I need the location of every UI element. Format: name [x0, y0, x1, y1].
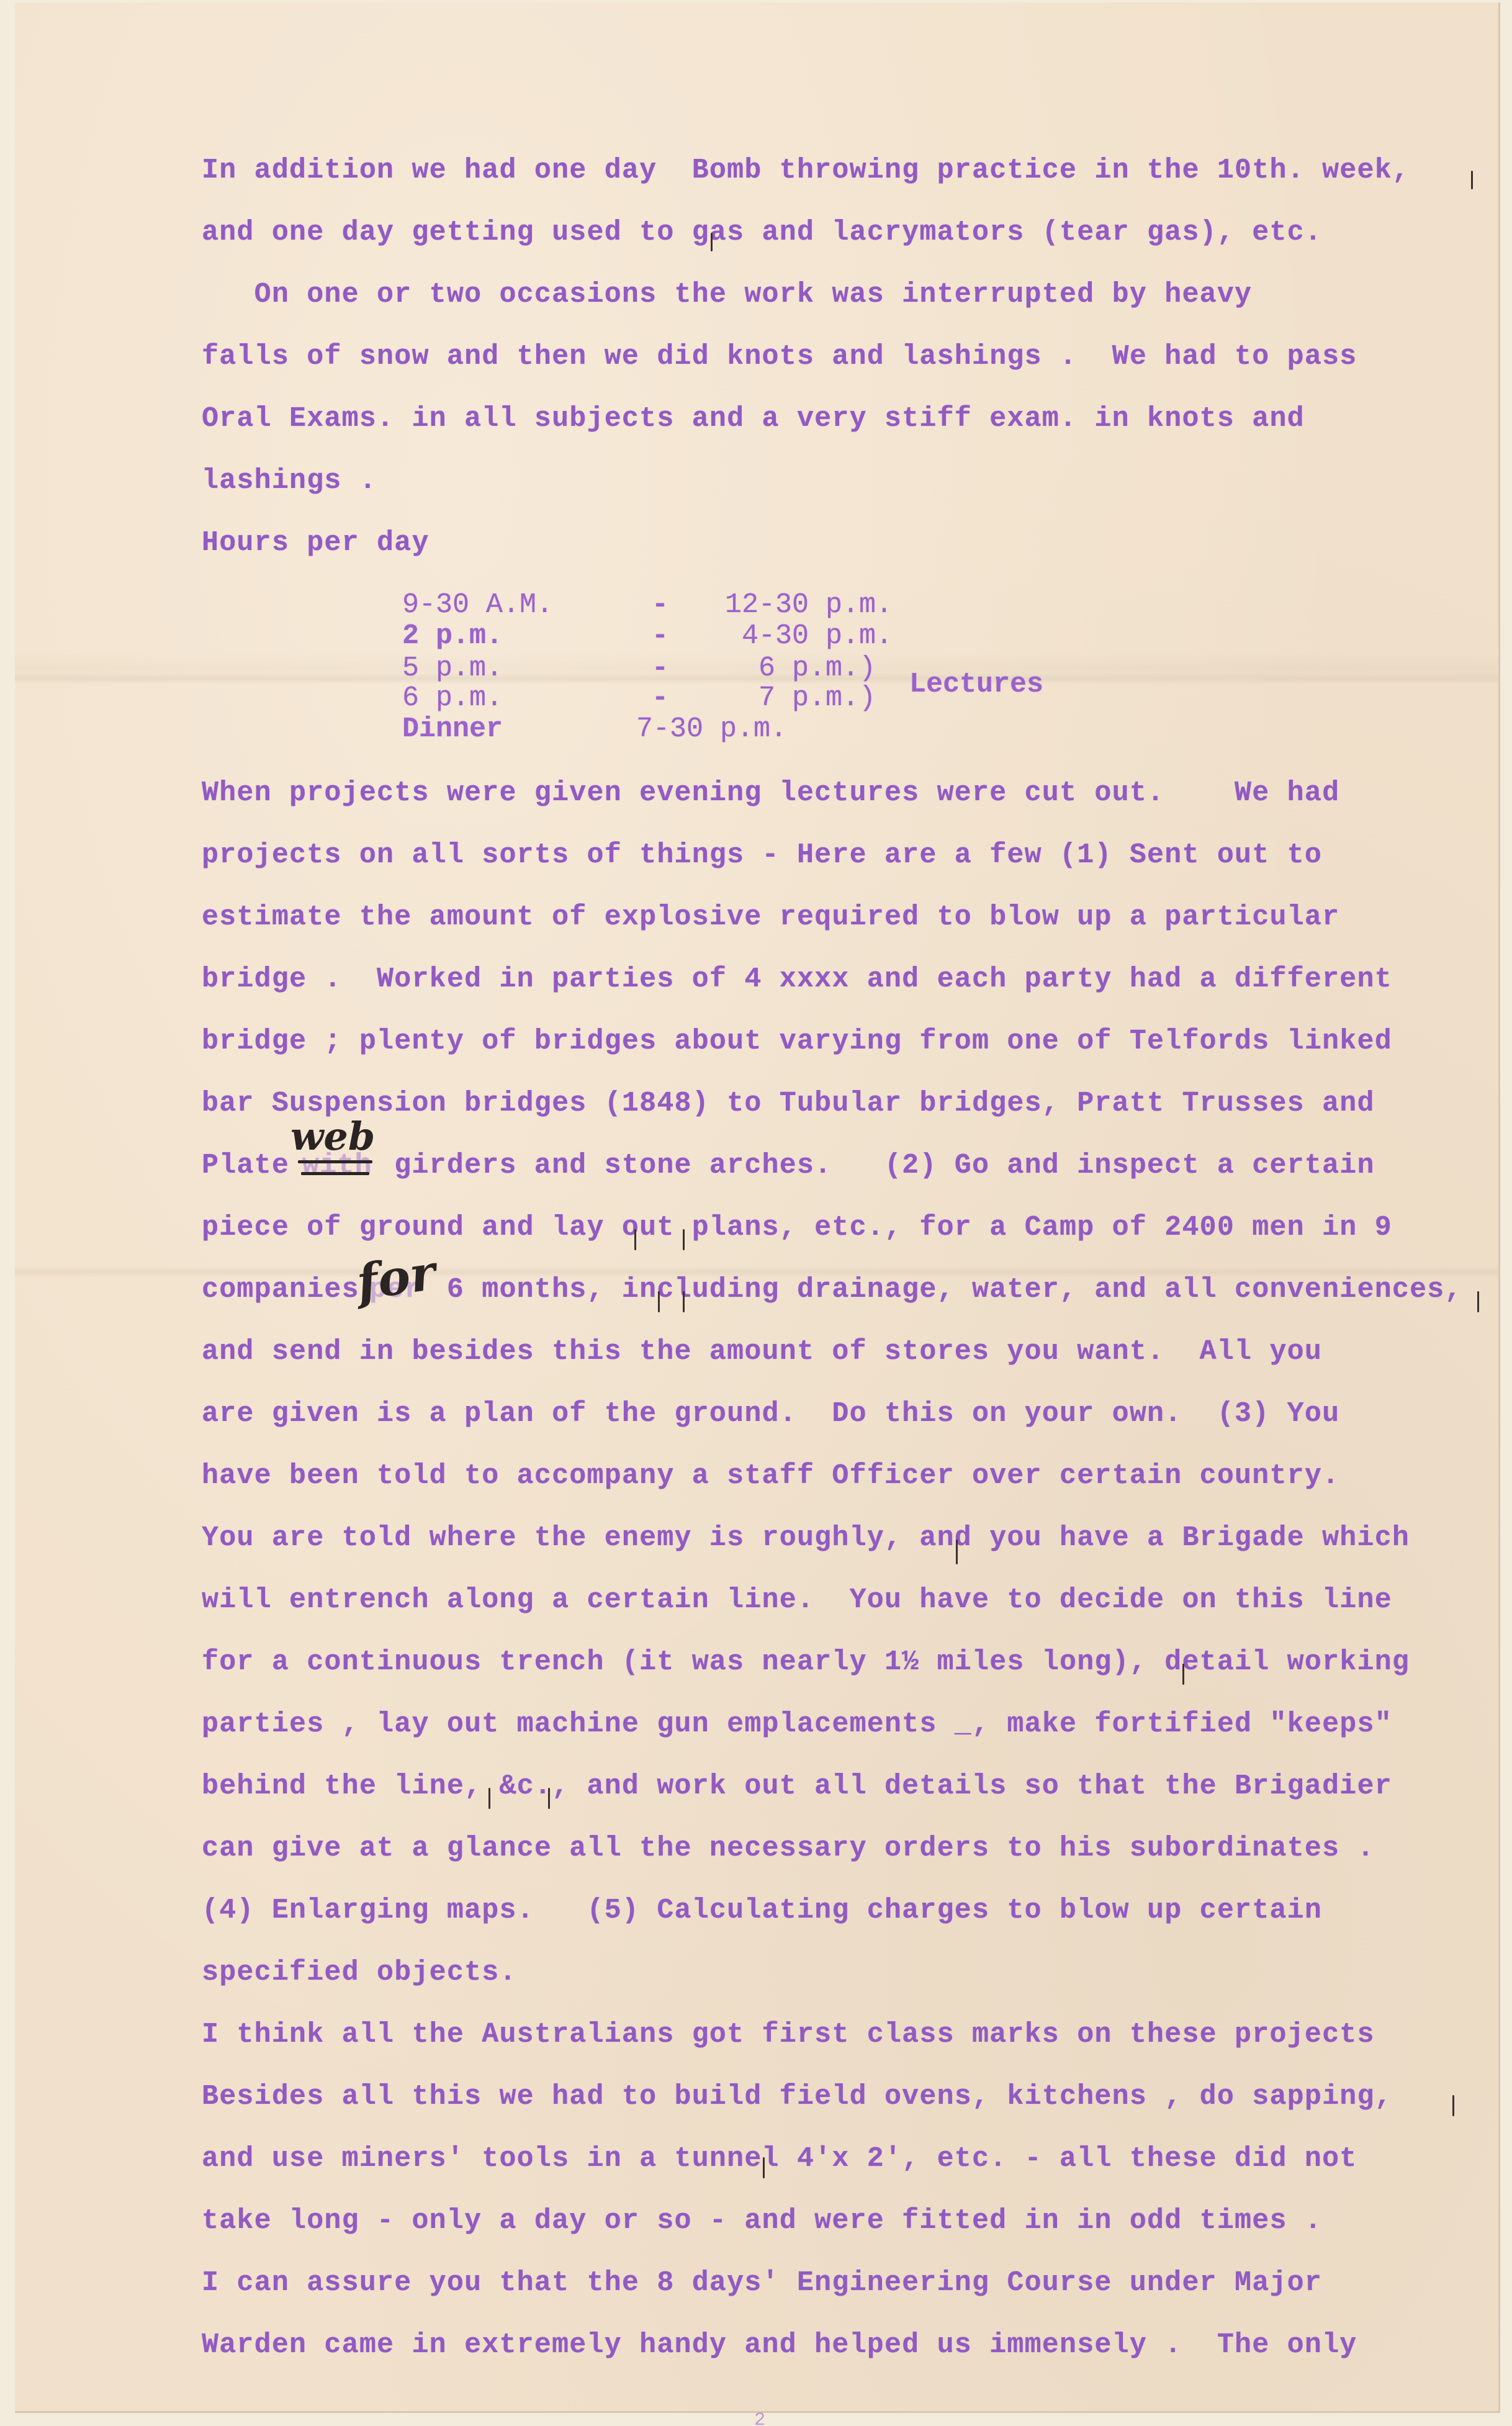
text-line: projects on all sorts of things - Here a… — [202, 841, 1322, 869]
text-line: will entrench along a certain line. You … — [202, 1586, 1392, 1614]
schedule-dash: - — [652, 622, 668, 650]
text-line: On one or two occasions the work was int… — [202, 281, 1252, 309]
pen-comma-mark — [548, 1788, 550, 1809]
schedule-to: 6 p.m.) — [725, 654, 876, 682]
section-heading: Hours per day — [202, 529, 430, 557]
text-line: In addition we had one day Bomb throwing… — [202, 156, 1410, 184]
text-line: piece of ground and lay out plans, etc.,… — [202, 1214, 1392, 1242]
text-line: I think all the Australians got first cl… — [202, 2021, 1375, 2049]
schedule-from: 6 p.m. — [402, 684, 503, 712]
pen-comma-mark — [683, 1229, 685, 1250]
schedule-dash: - — [652, 591, 668, 619]
pen-comma-mark — [1471, 171, 1473, 189]
text-line: and use miners' tools in a tunnel 4'x 2'… — [202, 2145, 1357, 2173]
text-line: (4) Enlarging maps. (5) Calculating char… — [202, 1896, 1322, 1924]
text-line: are given is a plan of the ground. Do th… — [202, 1400, 1339, 1428]
handwritten-correction: web — [290, 1117, 375, 1156]
schedule-to: 7-30 p.m. — [636, 715, 787, 743]
page-number: 2 — [754, 2410, 765, 2426]
schedule-from: 5 p.m. — [402, 654, 503, 682]
text-line: Warden came in extremely handy and helpe… — [202, 2331, 1357, 2359]
schedule-from: 2 p.m. — [402, 622, 503, 650]
text-line: You are told where the enemy is roughly,… — [202, 1524, 1410, 1552]
schedule-to: 7 p.m.) — [725, 684, 876, 712]
text-line: have been told to accompany a staff Offi… — [202, 1462, 1339, 1490]
schedule-from: Dinner — [402, 715, 503, 743]
pen-comma-mark — [956, 1540, 958, 1564]
text-line: take long - only a day or so - and were … — [202, 2207, 1322, 2235]
text-line: for a continuous trench (it was nearly 1… — [202, 1648, 1410, 1676]
text-line: specified objects. — [202, 1959, 517, 1986]
text-line: I can assure you that the 8 days' Engine… — [202, 2269, 1322, 2297]
schedule-from: 9-30 A.M. — [402, 591, 553, 619]
pen-comma-mark — [1182, 1664, 1184, 1685]
pen-comma-mark — [658, 1291, 660, 1312]
text-line: parties , lay out machine gun emplacemen… — [202, 1710, 1392, 1738]
pen-comma-mark — [683, 1291, 685, 1312]
schedule-dash: - — [652, 654, 668, 682]
text-line: When projects were given evening lecture… — [202, 779, 1339, 807]
pen-comma-mark — [763, 2157, 765, 2178]
pen-comma-mark — [1477, 1291, 1479, 1312]
text-line: can give at a glance all the necessary o… — [202, 1834, 1375, 1862]
pen-comma-mark — [634, 1229, 636, 1250]
strikethrough-mark — [301, 1172, 369, 1175]
schedule-to: 4-30 p.m. — [725, 622, 893, 650]
text-line: falls of snow and then we did knots and … — [202, 343, 1357, 371]
text-line: bridge ; plenty of bridges about varying… — [202, 1027, 1392, 1055]
text-line: bar Suspension bridges (1848) to Tubular… — [202, 1089, 1375, 1117]
strikethrough-mark — [298, 1160, 372, 1163]
schedule-dash: - — [652, 684, 668, 712]
text-line: lashings . — [202, 467, 377, 495]
text-line: and one day getting used to gas and lacr… — [202, 219, 1322, 246]
text-line: Oral Exams. in all subjects and a very s… — [202, 405, 1305, 433]
schedule-to: 12-30 p.m. — [725, 591, 893, 619]
schedule-bracket-label: Lectures — [909, 670, 1043, 698]
text-line: bridge . Worked in parties of 4 xxxx and… — [202, 965, 1392, 993]
text-line: estimate the amount of explosive require… — [202, 903, 1339, 931]
text-line: Besides all this we had to build field o… — [202, 2083, 1392, 2111]
pen-comma-mark — [488, 1788, 490, 1809]
handwritten-correction: for — [354, 1249, 438, 1308]
text-line: behind the line, &c., and work out all d… — [202, 1772, 1392, 1800]
pen-comma-mark — [711, 233, 713, 251]
text-line: and send in besides this the amount of s… — [202, 1338, 1322, 1366]
pen-comma-mark — [1452, 2095, 1454, 2116]
text-line: Plate girders and stone arches. (2) Go a… — [202, 1152, 1375, 1179]
